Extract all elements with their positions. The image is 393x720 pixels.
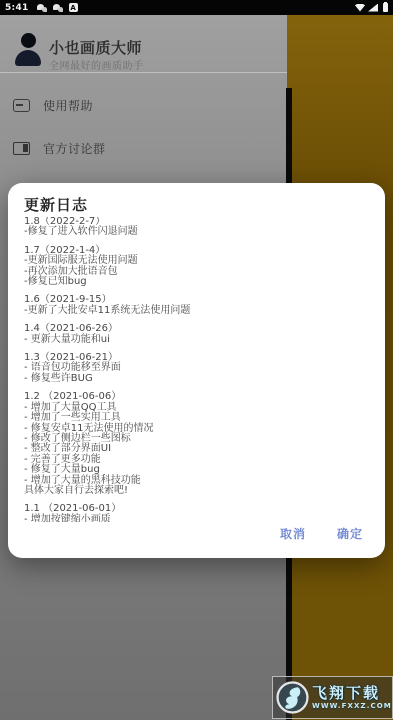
wechat-icon: [37, 4, 47, 12]
entry-line: - 更新大量功能和ui: [24, 335, 371, 345]
entry-line: - 修复些许BUG: [24, 374, 371, 384]
entry-line: 具体大家自行去探索吧!: [24, 486, 371, 496]
letter-a-icon: A: [69, 3, 78, 12]
dialog-button-row: 取消 确定: [278, 523, 365, 544]
wechat-icon: [53, 4, 63, 12]
help-card-icon: [13, 99, 30, 112]
changelog-entry: 1.3（2021-06-21）- 语音包功能移至界面- 修复些许BUG: [24, 353, 371, 384]
watermark-site-name: 飞翔下载: [312, 686, 392, 701]
avatar-head: [21, 33, 36, 48]
entry-line: -更新了大批安卓11系统无法使用问题: [24, 306, 371, 316]
entry-line: - 增加按键缩小画质: [24, 515, 371, 522]
app-name: 小也画质大师: [49, 37, 142, 58]
update-log-dialog: 更新日志 1.8（2022-2-7）-修复了进入软件闪退问题1.7（2022-1…: [8, 183, 385, 558]
avatar: [14, 33, 42, 71]
changelog-entry: 1.6（2021-9-15）-更新了大批安卓11系统无法使用问题: [24, 295, 371, 316]
status-bar-notifications: A: [37, 3, 355, 12]
entry-line: -修复已知bug: [24, 277, 371, 287]
changelog-entry: 1.8（2022-2-7）-修复了进入软件闪退问题: [24, 217, 371, 238]
drawer-item-label: 官方讨论群: [43, 140, 106, 157]
battery-icon: [383, 3, 388, 12]
group-chat-icon: [13, 142, 30, 155]
clock: 5:41: [5, 3, 29, 13]
screen: { "status_bar": { "time": "5:41", "left_…: [0, 0, 393, 720]
divider: [0, 72, 287, 73]
drawer-item-group[interactable]: 官方讨论群: [0, 127, 287, 170]
app-subtitle: 全网最好的画质助手: [49, 57, 144, 72]
fxxz-watermark: 飞翔下载 WWW.FXXZ.COM: [272, 676, 393, 719]
cell-signal-icon: [368, 4, 378, 12]
entry-line: - 增加了一些实用工具: [24, 413, 371, 423]
changelog-entry: 1.2 （2021-06-06）- 增加了大量QQ工具- 增加了一些实用工具- …: [24, 392, 371, 496]
changelog-entry: 1.1 （2021-06-01）- 增加按键缩小画质-修改了部分功能设置: [24, 504, 371, 522]
watermark-site-url: WWW.FXXZ.COM: [312, 703, 392, 710]
entry-line: - 修复了大量bug: [24, 465, 371, 475]
drawer-item-help[interactable]: 使用帮助: [0, 84, 287, 127]
fxxz-bird-logo: [276, 681, 309, 714]
wifi-icon: [355, 4, 365, 12]
changelog-entry: 1.4（2021-06-26）- 更新大量功能和ui: [24, 324, 371, 345]
entry-line: -修复了进入软件闪退问题: [24, 227, 371, 237]
cancel-button[interactable]: 取消: [278, 523, 308, 544]
status-bar: 5:41 A: [0, 0, 393, 15]
watermark-text: 飞翔下载 WWW.FXXZ.COM: [312, 686, 392, 710]
changelog-entry: 1.7（2022-1-4）-更新国际服无法使用问题-再次添加大批语音包-修复已知…: [24, 246, 371, 288]
confirm-button[interactable]: 确定: [335, 523, 365, 544]
dialog-title: 更新日志: [24, 194, 88, 215]
changelog-list[interactable]: 1.8（2022-2-7）-修复了进入软件闪退问题1.7（2022-1-4）-更…: [24, 217, 371, 522]
drawer-item-label: 使用帮助: [43, 97, 93, 114]
status-bar-system-icons: [355, 3, 388, 12]
avatar-body: [15, 50, 41, 66]
